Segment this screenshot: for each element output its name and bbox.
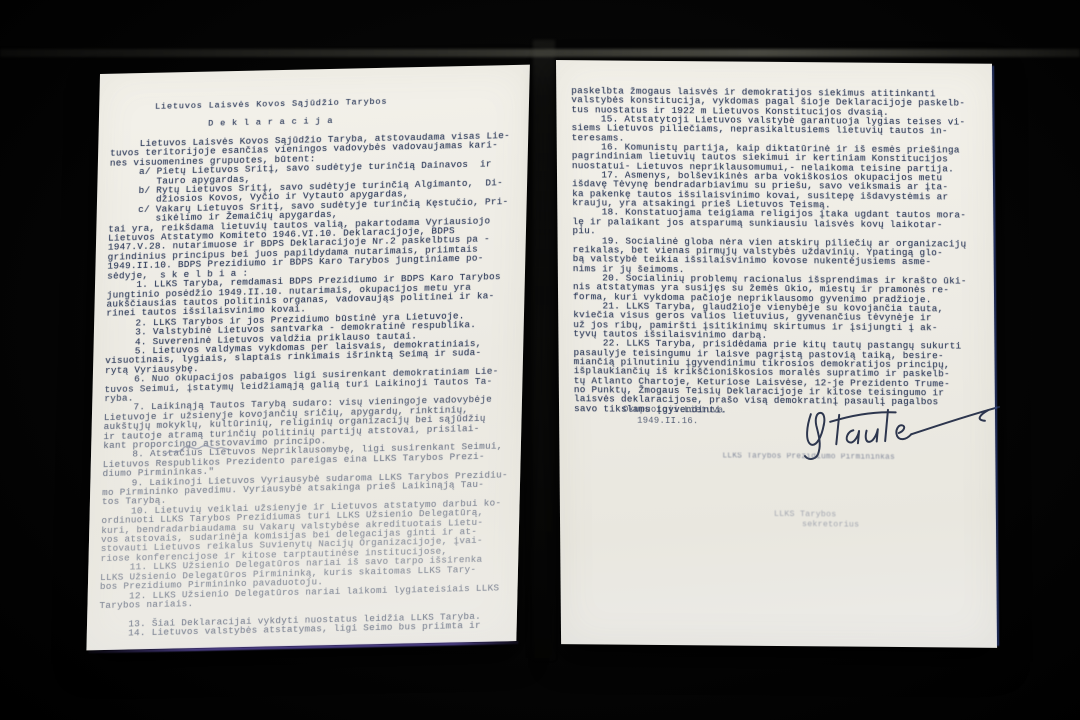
document-title: D e k l a r a c i j a	[99, 112, 529, 131]
declaration-page-2: paskelbta žmogaus laisvės ir demokratijo…	[556, 60, 997, 648]
page2-body-text: paskelbta žmogaus laisvės ir demokratijo…	[571, 86, 968, 417]
document-heading: Lietuvos Laisvės Kovos Sąjūdžio Tarybos	[99, 94, 529, 113]
dateline: Okupuotoji Lietuva 1949.II.16.	[623, 405, 724, 427]
secretary-title: sekretorius	[802, 520, 859, 531]
dateline-place: Okupuotoji Lietuva	[623, 405, 724, 416]
secretary-org: LLKS Tarybos	[774, 510, 859, 521]
declaration-page-1: Lietuvos Laisvės Kovos Sąjūdžio Tarybos …	[86, 65, 529, 651]
page1-body-text: Lietuvos Laisvės Kovos Sąjūdžio Taryba, …	[99, 131, 516, 639]
secretary-block: LLKS Tarybos sekretorius	[774, 510, 860, 531]
museum-photo-backdrop: Lietuvos Laisvės Kovos Sąjūdžio Tarybos …	[0, 0, 1080, 720]
signature-role: LLKS Tarybos Prezidiumo Pirmininkas	[722, 452, 992, 462]
handwritten-correction-mark	[161, 441, 235, 463]
dateline-date: 1949.II.16.	[623, 415, 724, 426]
panel-seam	[533, 40, 555, 660]
